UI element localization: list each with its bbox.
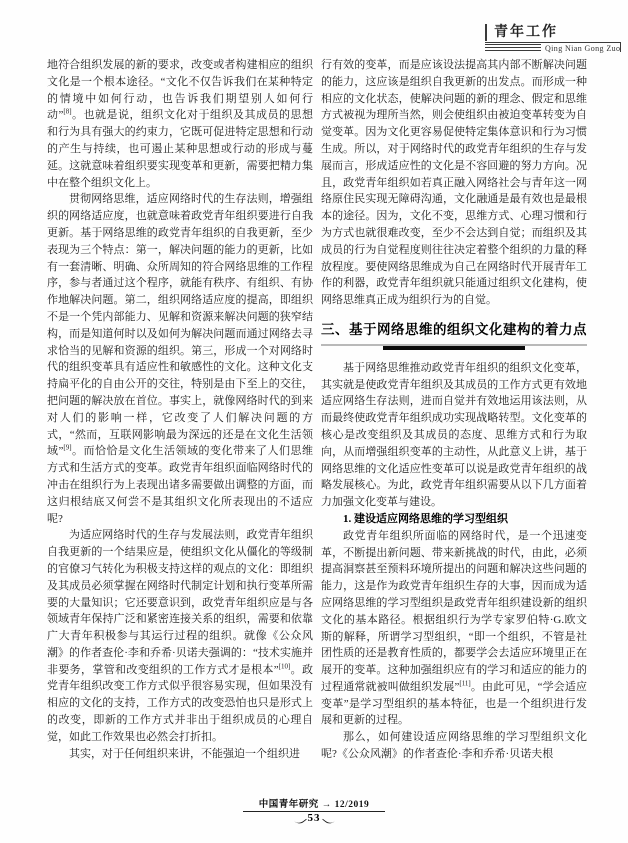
section-heading: 三、基于网络思维的组织文化建构的着力点 <box>321 322 587 339</box>
right-column: 行有效的变革，而是应该设法提高其内部不断解决问题的能力，这应该是组织自我更新的出… <box>321 57 587 763</box>
body-paragraph: 其实，对于任何组织来讲，不能强迫一个组织进 <box>47 746 313 763</box>
column-title: 青年工作 <box>485 24 621 41</box>
page-header: 青年工作 Qing Nian Gong Zuo <box>485 24 621 54</box>
body-paragraph: 地符合组织发展的新的要求，改变或者构建相应的组织文化是一个根本途径。“文化不仅告… <box>47 57 313 191</box>
left-wing-ornament <box>292 812 307 827</box>
column-title-pinyin: Qing Nian Gong Zuo <box>545 44 620 53</box>
column-title-rule: Qing Nian Gong Zuo <box>485 42 621 54</box>
section-heading-rule <box>321 344 587 351</box>
body-paragraph: 基于网络思维推动政党青年组织的组织文化变革，其实就是使政党青年组织及其成员的工作… <box>321 360 587 511</box>
page-footer: 中国青年研究 → 12/2019 53 <box>0 794 628 824</box>
triple-lines-ornament <box>485 44 541 51</box>
page-number-ornament: 53 <box>0 812 628 824</box>
journal-name: 中国青年研究 <box>259 800 319 810</box>
body-paragraph: 那么，如何建设适应网络思维的学习型组织文化呢?《公众风潮》的作者查伦·李和乔希·… <box>321 729 587 763</box>
body-paragraph: 政党青年组织所面临的网络时代，是一个迅速变革，不断提出新问题、带来新挑战的时代，… <box>321 528 587 730</box>
left-column: 地符合组织发展的新的要求，改变或者构建相应的组织文化是一个根本途径。“文化不仅告… <box>47 57 313 762</box>
rule-black-line <box>383 346 525 350</box>
subsection-heading: 1. 建设适应网络思维的学习型组织 <box>321 511 587 528</box>
citation-ref: [10] <box>279 662 291 670</box>
issue-number: 12/2019 <box>335 800 370 810</box>
right-wing-ornament <box>322 812 337 827</box>
body-paragraph: 行有效的变革，而是应该设法提高其内部不断解决问题的能力，这应该是组织自我更新的出… <box>321 57 587 309</box>
journal-page: 青年工作 Qing Nian Gong Zuo 地符合组织发展的新的要求，改变或… <box>0 0 628 843</box>
citation-ref: [11] <box>459 679 470 687</box>
body-paragraph: 贯彻网络思维，适应网络时代的生存法则，增强组织的网络适应度，也就意味着政党青年组… <box>47 191 313 527</box>
journal-issue-line: 中国青年研究 → 12/2019 <box>243 796 385 812</box>
citation-ref: [8] <box>63 108 71 116</box>
citation-ref: [9] <box>63 444 71 452</box>
page-number: 53 <box>308 812 321 824</box>
body-paragraph: 为适应网络时代的生存与发展法则，政党青年组织自我更新的一个结果应是，使组织文化从… <box>47 527 313 745</box>
arrow-separator: → <box>322 800 332 810</box>
